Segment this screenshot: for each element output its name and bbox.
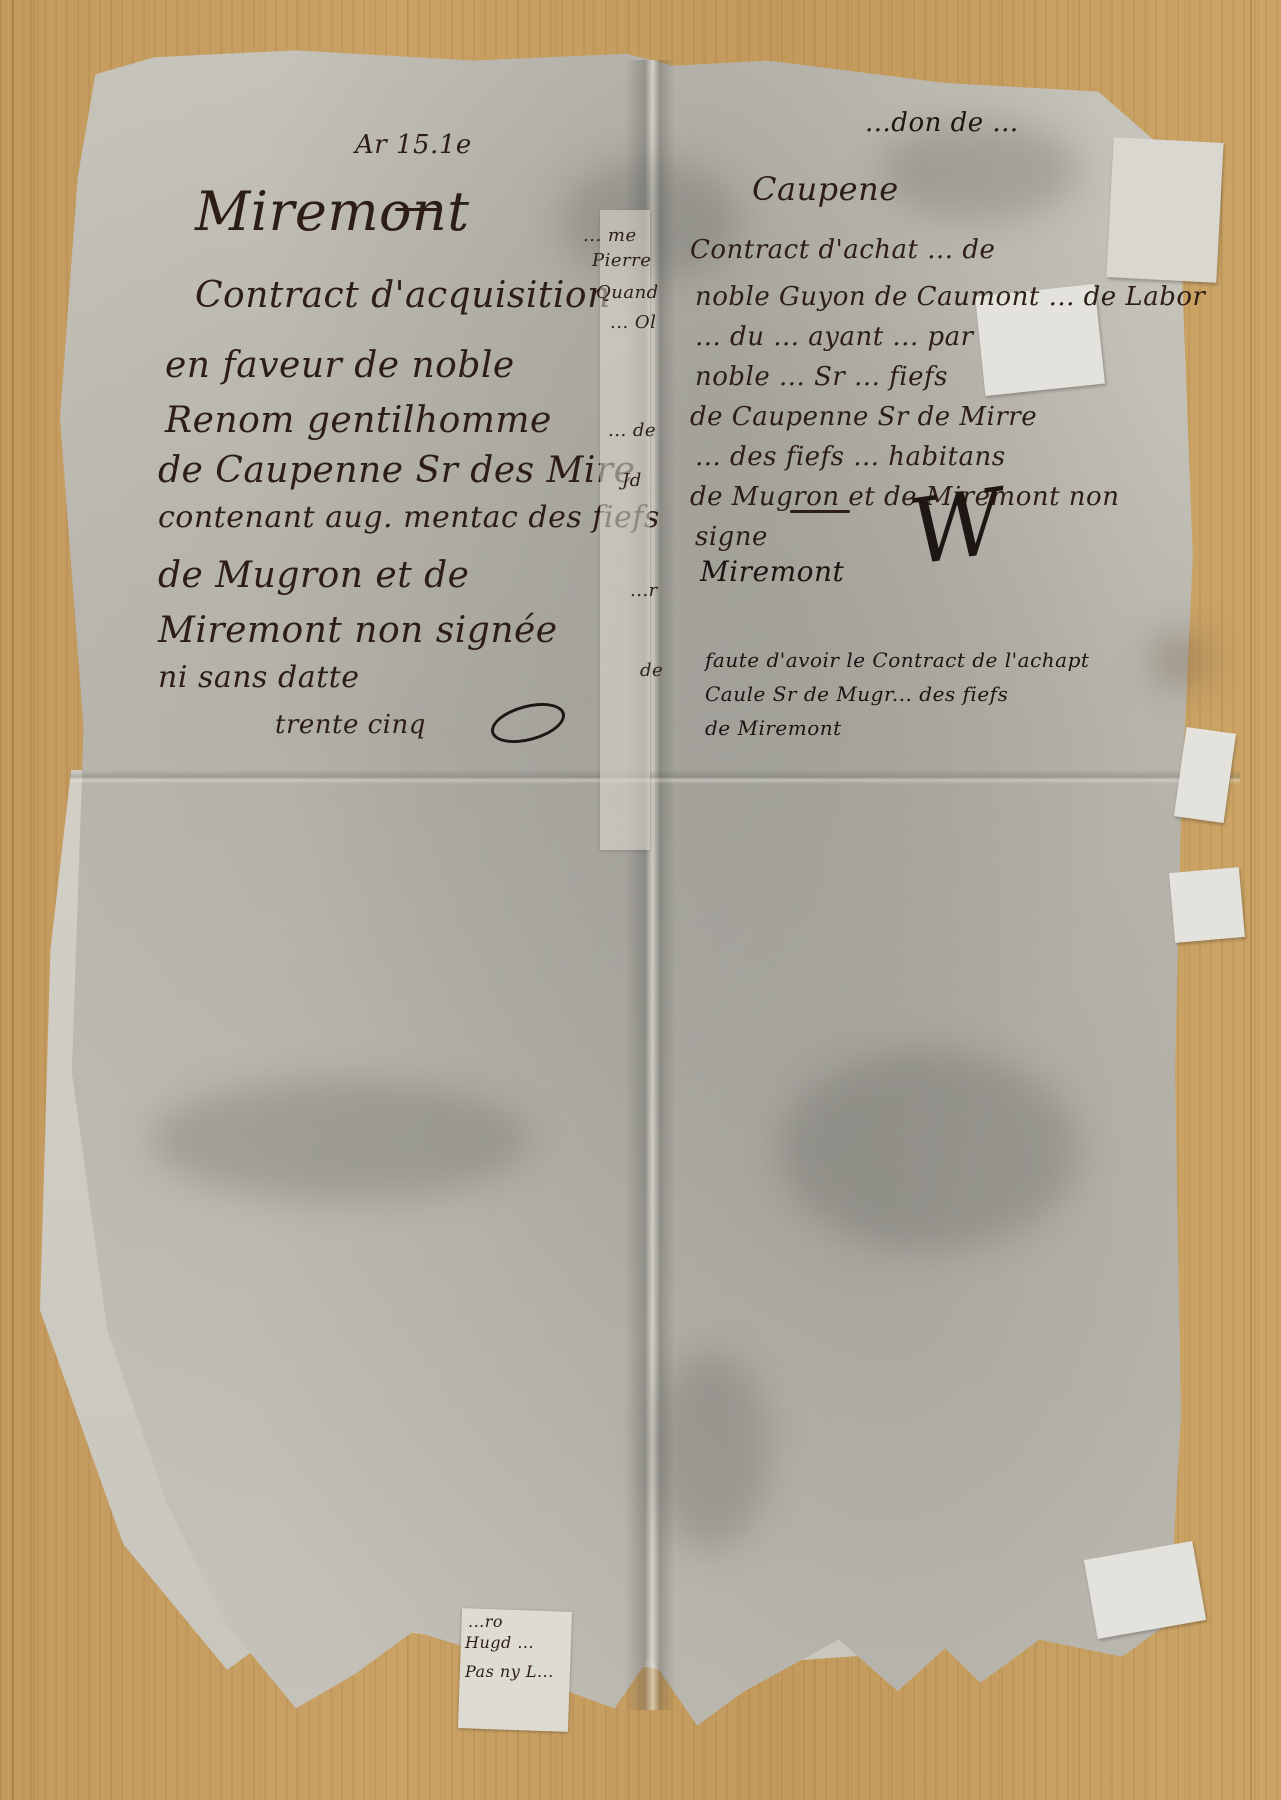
wood-grain — [30, 0, 32, 1800]
bottom-fragment-line: Pas ny L... — [465, 1662, 554, 1681]
left-line-7: Miremont non signée — [158, 610, 558, 651]
right-line-5: de Caupenne Sr de Mirre — [690, 402, 1037, 432]
tear-patch — [1106, 137, 1223, 283]
spine-text: de — [640, 660, 663, 681]
stain — [780, 1050, 1080, 1250]
spine-text: ... Ol — [610, 312, 656, 333]
left-line-6: de Mugron et de — [158, 555, 469, 596]
signature-mark: W — [903, 469, 1009, 586]
left-line-3: Renom gentilhomme — [165, 400, 552, 441]
right-line-6: ... des fiefs ... habitans — [695, 442, 1006, 472]
title-underline — [395, 208, 440, 211]
right-line-8: signe — [695, 522, 768, 552]
spine-text: Jd — [622, 470, 642, 491]
right-line-2: noble Guyon de Caumont ... de Labor — [695, 282, 1205, 312]
right-title: Caupene — [752, 170, 899, 208]
right-line-3: ... du ... ayant ... par — [695, 322, 974, 352]
tear-patch — [1169, 867, 1245, 943]
bottom-fragment-line: Hugd ... — [465, 1633, 534, 1652]
wood-grain — [12, 0, 14, 1800]
horizontal-fold — [70, 770, 1240, 784]
stain — [150, 1080, 530, 1200]
left-line-2: en faveur de noble — [165, 345, 515, 386]
spine-text: ...r — [630, 580, 658, 601]
left-footer-note: trente cinq — [275, 710, 426, 740]
right-subtitle: Miremont — [700, 555, 844, 588]
spine-text: Quand — [596, 282, 659, 303]
left-line-1: Contract d'acquisition — [195, 275, 611, 316]
left-line-5: contenant aug. mentac des fiefs — [158, 500, 660, 535]
spine-text: Pierre — [592, 250, 651, 271]
stain — [650, 1350, 770, 1550]
left-line-4: de Caupenne Sr des Mire — [158, 450, 635, 491]
left-title: Miremont — [195, 180, 470, 243]
left-line-8: ni sans datte — [158, 660, 359, 695]
right-line-4: noble ... Sr ... fiefs — [695, 362, 948, 392]
spine-text: ... me — [583, 225, 637, 246]
right-line-1: Contract d'achat ... de — [690, 235, 995, 265]
note-line-1: faute d'avoir le Contract de l'achapt — [705, 648, 1089, 672]
spine-text: ... de — [608, 420, 656, 441]
reference-number: Ar 15.1e — [355, 130, 472, 160]
signe-flourish — [790, 510, 850, 513]
bottom-fragment-line: ...ro — [468, 1612, 503, 1631]
right-top-line: ...don de ... — [865, 108, 1019, 138]
wood-grain — [1250, 0, 1252, 1800]
note-line-2: Caule Sr de Mugr... des fiefs — [705, 682, 1008, 706]
note-line-3: de Miremont — [705, 716, 842, 740]
stain — [1150, 630, 1210, 690]
spine-fragment-strip — [600, 210, 650, 850]
